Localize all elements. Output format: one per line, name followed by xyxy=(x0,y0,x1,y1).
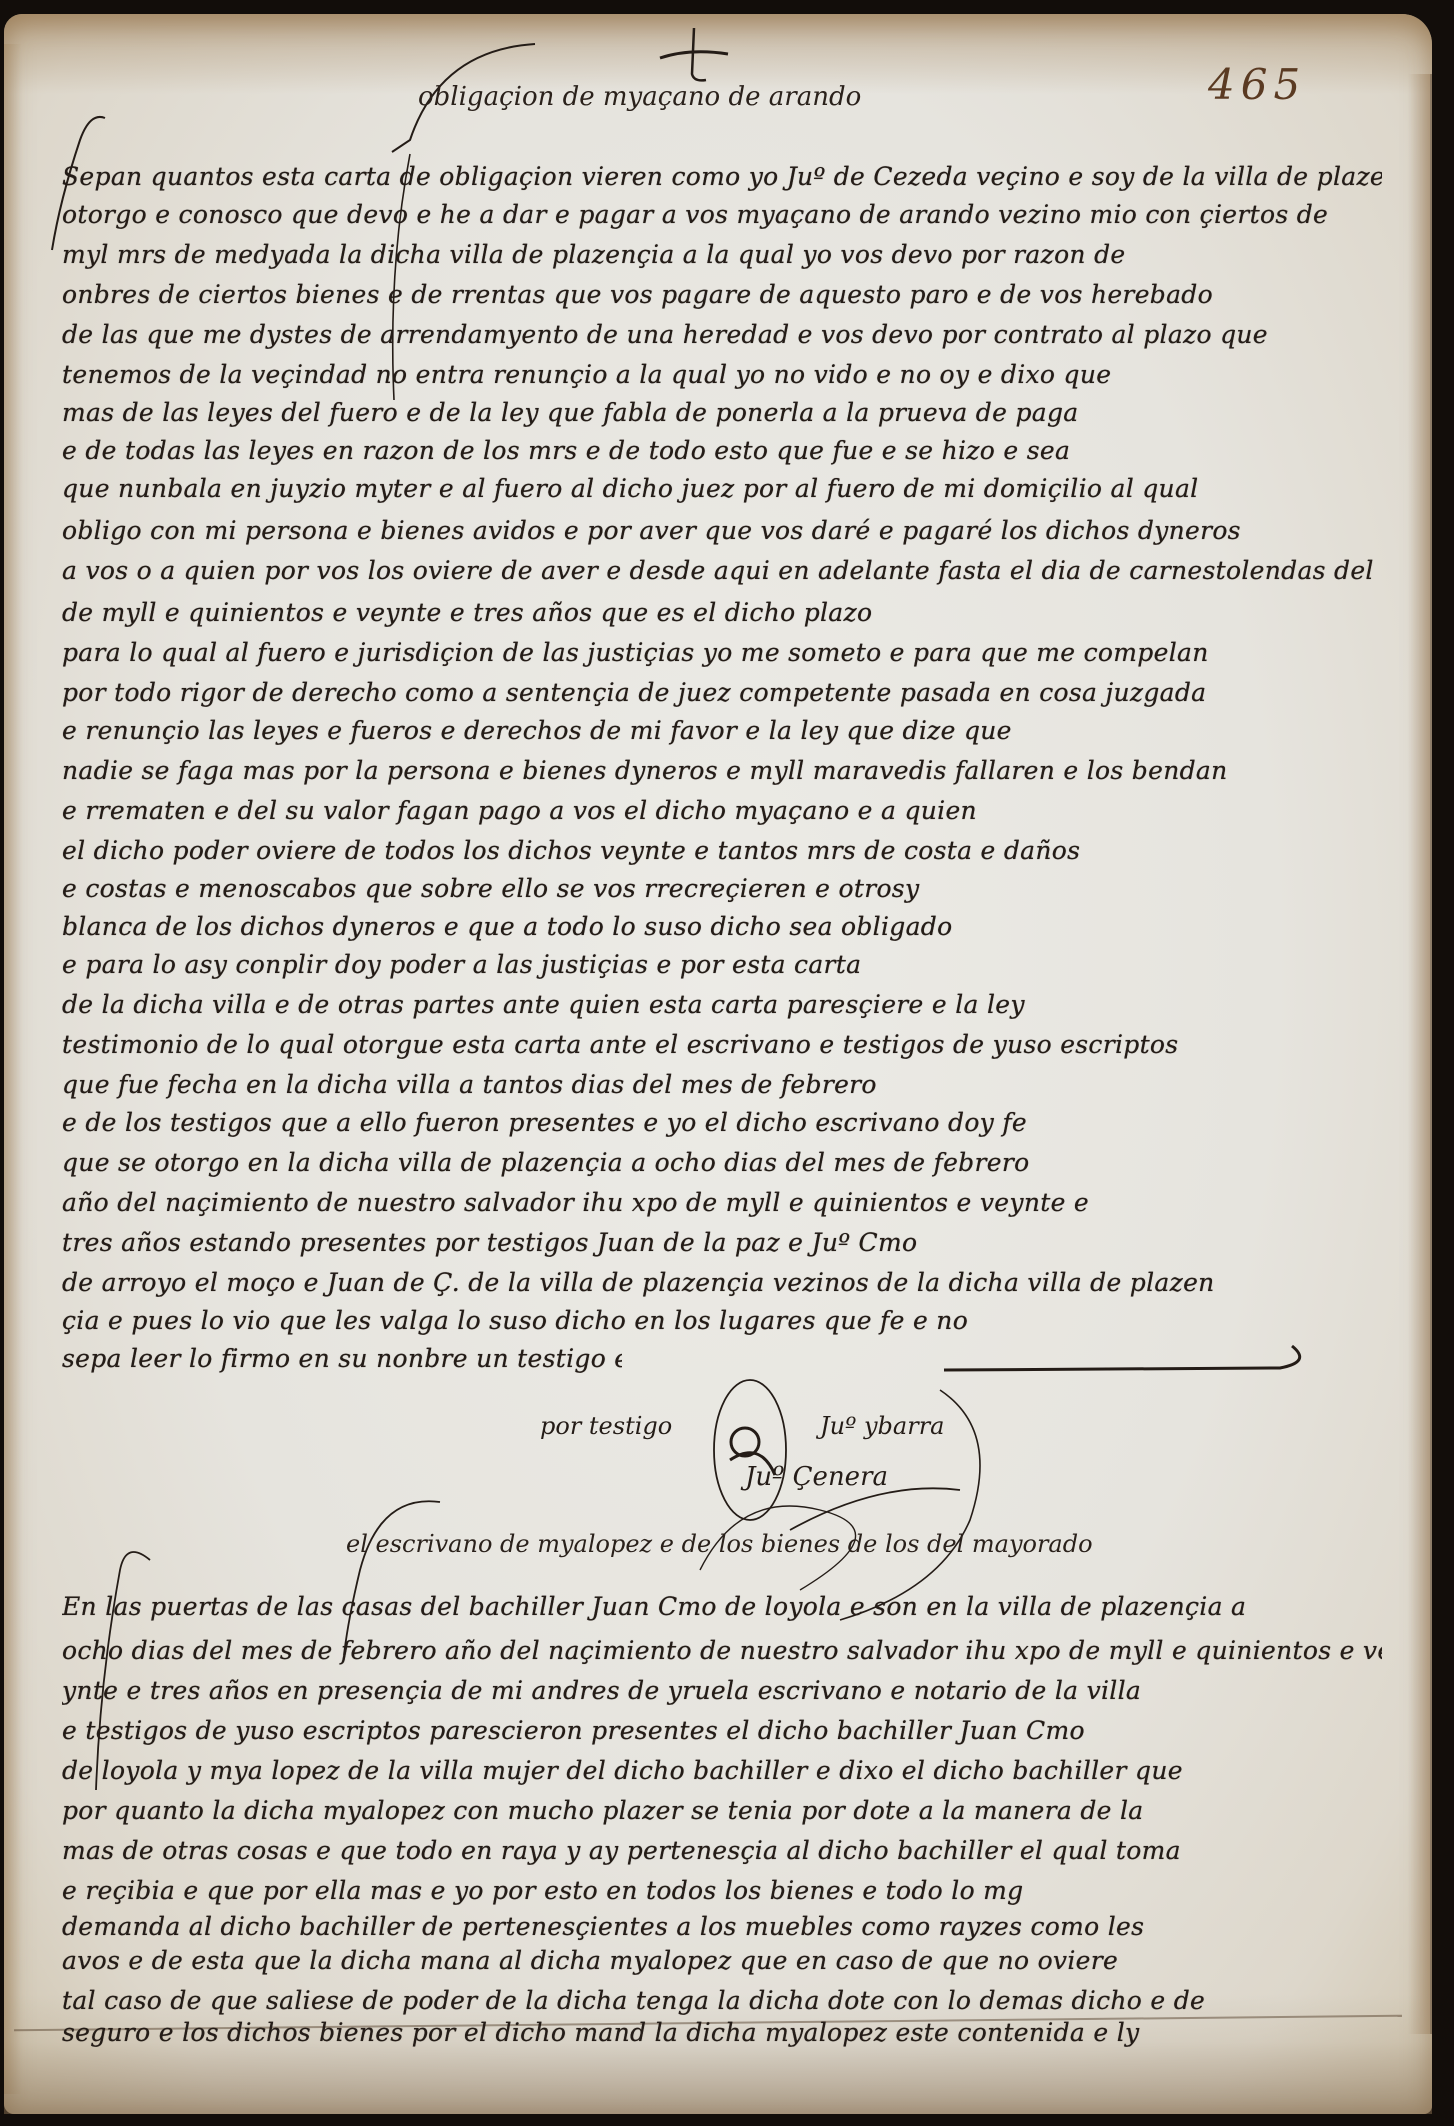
entry1-line: e costas e menoscabos que sobre ello se … xyxy=(62,874,1382,903)
right-page-edge xyxy=(1408,74,1432,2034)
entry1-line: que fue fecha en la dicha villa a tantos… xyxy=(62,1070,1382,1099)
entry2-heading: el escrivano de myalopez e de los bienes… xyxy=(346,1530,1093,1558)
entry2-line: seguro e los dichos bienes por el dicho … xyxy=(62,2018,1382,2047)
entry2-line: por quanto la dicha myalopez con mucho p… xyxy=(62,1796,1382,1825)
entry1-line: mas de las leyes del fuero e de la ley q… xyxy=(62,398,1382,427)
entry1-line: çia e pues lo vio que les valga lo suso … xyxy=(62,1306,1382,1335)
entry1-line: blanca de los dichos dyneros e que a tod… xyxy=(62,912,1382,941)
entry1-line: para lo qual al fuero e jurisdiçion de l… xyxy=(62,638,1382,667)
entry1-line: onbres de ciertos bienes e de rrentas qu… xyxy=(62,280,1382,309)
entry2-line: En las puertas de las casas del bachille… xyxy=(62,1592,1382,1621)
entry1-line: año del naçimiento de nuestro salvador i… xyxy=(62,1188,1382,1217)
entry1-line: nadie se faga mas por la persona e biene… xyxy=(62,756,1382,785)
entry1-line: obligo con mi persona e bienes avidos e … xyxy=(62,516,1382,545)
folio-number: 465 xyxy=(1208,60,1306,109)
entry1-line: e rrematen e del su valor fagan pago a v… xyxy=(62,796,1382,825)
entry1-line: Sepan quantos esta carta de obligaçion v… xyxy=(62,162,1382,191)
left-page-edge xyxy=(4,44,22,2094)
entry1-line: otorgo e conosco que devo e he a dar e p… xyxy=(62,200,1382,229)
entry1-line: de arroyo el moço e Juan de Ç. de la vil… xyxy=(62,1268,1382,1297)
entry1-line: e de todas las leyes en razon de los mrs… xyxy=(62,436,1382,465)
entry1-line: el dicho poder oviere de todos los dicho… xyxy=(62,836,1382,865)
entry1-line: myl mrs de medyada la dicha villa de pla… xyxy=(62,240,1382,269)
entry2-line: avos e de esta que la dicha mana al dich… xyxy=(62,1946,1382,1975)
entry1-heading: obligaçion de myaçano de arando xyxy=(418,82,861,112)
entry1-line: de las que me dystes de arrendamyento de… xyxy=(62,320,1382,349)
entry1-line: sepa leer lo firmo en su nonbre un testi… xyxy=(62,1344,622,1373)
entry1-line: testimonio de lo qual otorgue esta carta… xyxy=(62,1030,1382,1059)
entry1-line: e para lo asy conplir doy poder a las ju… xyxy=(62,950,1382,979)
entry2-line: e testigos de yuso escriptos parescieron… xyxy=(62,1716,1382,1745)
entry1-line: tenemos de la veçindad no entra renunçio… xyxy=(62,360,1382,389)
entry2-line: de loyola y mya lopez de la villa mujer … xyxy=(62,1756,1382,1785)
cross-mark-icon xyxy=(650,24,730,84)
entry1-line: que se otorgo en la dicha villa de plaze… xyxy=(62,1148,1382,1177)
entry2-line: ocho dias del mes de febrero año del naç… xyxy=(62,1636,1382,1665)
entry1-line: tres años estando presentes por testigos… xyxy=(62,1228,1382,1257)
entry1-line: de la dicha villa e de otras partes ante… xyxy=(62,990,1382,1019)
entry2-line: ynte e tres años en presençia de mi andr… xyxy=(62,1676,1382,1705)
entry1-line: e renunçio las leyes e fueros e derechos… xyxy=(62,716,1382,745)
entry1-line: que nunbala en juyzio myter e al fuero a… xyxy=(62,474,1382,503)
entry1-line: e de los testigos que a ello fueron pres… xyxy=(62,1108,1382,1137)
entry1-line: de myll e quinientos e veynte e tres año… xyxy=(62,598,1382,627)
entry1-line: por todo rigor de derecho como a sentenç… xyxy=(62,678,1382,707)
entry1-line: a vos o a quien por vos los oviere de av… xyxy=(62,556,1382,585)
heading-bracket-icon xyxy=(320,1490,470,1660)
entry2-line: e reçibia e que por ella mas e yo por es… xyxy=(62,1876,1382,1905)
entry2-line: tal caso de que saliese de poder de la d… xyxy=(62,1986,1382,2015)
entry2-line: mas de otras cosas e que todo en raya y … xyxy=(62,1836,1382,1865)
entry2-line: demanda al dicho bachiller de pertenesçi… xyxy=(62,1912,1382,1941)
